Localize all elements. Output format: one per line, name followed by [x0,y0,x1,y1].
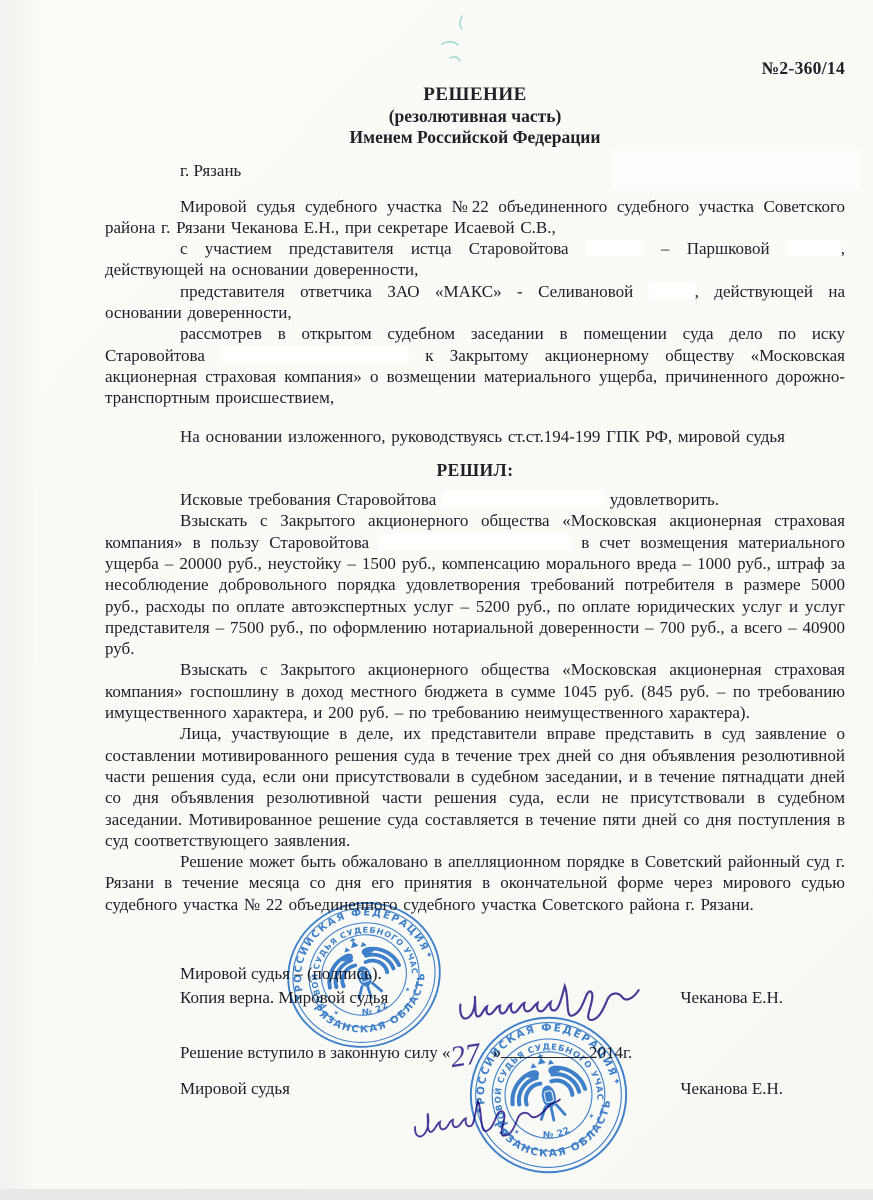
text-run: к Закрытому акционерному обществу «Моско… [105,346,845,408]
judge-name-2: Чеканова Е.Н. [681,1079,784,1099]
resolution-claims-paragraph: Исковые требования Старовойтова удовлетв… [105,489,845,510]
redaction-box [586,240,644,256]
document-body: Мировой судья судебного участка №22 объе… [105,196,845,916]
redaction-box [442,491,604,507]
handwritten-day: 27 [446,1032,498,1074]
city-line: г. Рязань [105,161,845,181]
case-number: №2-360/14 [105,58,845,79]
document-subtitle: (резолютивная часть) [105,106,845,128]
redaction-box [787,240,841,256]
star-icon: ✦ [424,949,434,960]
motivated-decision-paragraph: Лица, участвующие в деле, их представите… [105,723,845,851]
text-run: с участием представителя истца Старовойт… [180,239,569,258]
judge-name: Чеканова Е.Н. [681,988,784,1008]
handwritten-day-text: 27 [448,1037,485,1074]
text-run: На основании изложенного, руководствуясь… [180,427,785,446]
document-page: №2-360/14 РЕШЕНИЕ (резолютивная часть) И… [0,0,873,1200]
redaction-box [649,283,695,299]
text-run: Исковые требования Старовойтова [180,490,436,509]
star-icon: ✦ [588,1111,596,1121]
scan-edge-left [0,0,38,1200]
text-run: представителя ответчика ЗАО «МАКС» - Сел… [180,282,633,301]
document-title: РЕШЕНИЕ [105,84,845,106]
text-run: Лица, участвующие в деле, их представите… [105,724,845,849]
text-run: Решение может быть обжаловано в апелляци… [105,852,845,914]
text-run: Взыскать с Закрытого акционерного общест… [105,660,845,722]
text-run: Мировой судья судебного участка №22 объе… [105,197,845,237]
defendant-representative-paragraph: представителя ответчика ЗАО «МАКС» - Сел… [105,281,845,324]
appeal-paragraph: Решение может быть обжаловано в апелляци… [105,851,845,915]
document-content: №2-360/14 РЕШЕНИЕ (резолютивная часть) И… [105,0,845,915]
text-run: – Паршковой [661,239,770,258]
star-icon: ✦ [332,1008,340,1017]
star-icon: ✦ [612,1077,622,1088]
star-icon: ✦ [404,985,412,994]
svg-text:№ 22: № 22 [359,999,391,1019]
seal-precinct-number: № 22 [359,999,391,1019]
judge-label-2: Мировой судья [105,1079,290,1099]
case-subject-paragraph: рассмотрев в открытом судебном заседании… [105,323,845,408]
resolution-duty-paragraph: Взыскать с Закрытого акционерного общест… [105,659,845,723]
star-icon: ✦ [293,992,303,1003]
resolution-heading: РЕШИЛ: [105,460,845,481]
scan-edge-bottom [0,1189,873,1200]
judge-intro-paragraph: Мировой судья судебного участка №22 объе… [105,196,845,239]
title-block: РЕШЕНИЕ (резолютивная часть) Именем Росс… [105,84,845,149]
legal-basis-paragraph: На основании изложенного, руководствуясь… [105,426,845,447]
resolution-award-paragraph: Взыскать с Закрытого акционерного общест… [105,510,845,659]
in-name-of-line: Именем Российской Федерации [105,127,845,149]
redaction-box [221,347,409,363]
text-run: удовлетворить. [610,490,719,509]
plaintiff-representative-paragraph: с участием представителя истца Старовойт… [105,238,845,281]
redaction-box [379,534,571,550]
